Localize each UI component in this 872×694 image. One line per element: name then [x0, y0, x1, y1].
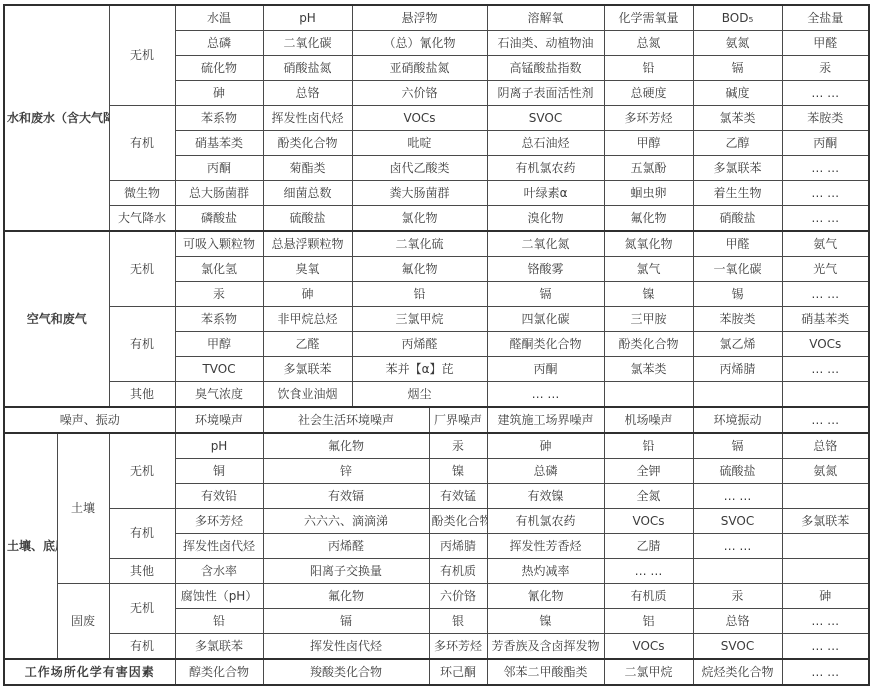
param-cell: 溶解氧: [487, 5, 604, 31]
param-cell: 全钾: [604, 459, 693, 484]
param-cell: 三甲胺: [604, 307, 693, 332]
param-cell: [693, 559, 782, 584]
param-cell: 砷: [263, 282, 352, 307]
param-cell: 六价铬: [352, 81, 487, 106]
param-cell: 羧酸类化合物: [263, 659, 429, 685]
param-cell: 汞: [782, 56, 869, 81]
param-cell: 蛔虫卵: [604, 181, 693, 206]
param-cell: 氮氧化物: [604, 231, 693, 257]
group-label: 其他: [109, 559, 175, 584]
param-cell: 厂界噪声: [429, 407, 487, 433]
param-cell: 总氮: [604, 31, 693, 56]
param-cell: … …: [782, 156, 869, 181]
param-cell: 苯系物: [175, 106, 263, 131]
param-cell: 烟尘: [352, 382, 487, 408]
param-cell: 锌: [263, 459, 429, 484]
param-cell: 芳香族及含卤挥发物: [487, 634, 604, 660]
param-cell: … …: [782, 634, 869, 660]
param-cell: 硫酸盐: [693, 459, 782, 484]
group-label: 有机: [109, 634, 175, 660]
param-cell: 总铬: [693, 609, 782, 634]
param-cell: 氯气: [604, 257, 693, 282]
table-body: 水和废水（含大气降水）无机水温pH悬浮物溶解氧化学需氧量BOD₅全盐量总磷二氧化…: [4, 5, 869, 685]
param-cell: 六六六、滴滴涕: [263, 509, 429, 534]
param-cell: 总铬: [263, 81, 352, 106]
subsection-label: 固废: [57, 584, 109, 660]
category-workplace: 工作场所化学有害因素: [4, 659, 175, 685]
param-cell: 热灼减率: [487, 559, 604, 584]
param-cell: 镉: [487, 282, 604, 307]
param-cell: 四氯化碳: [487, 307, 604, 332]
param-cell: 氨氮: [782, 459, 869, 484]
table-row: 土壤、底质、固废土壤无机pH氟化物汞砷铅镉总铬: [4, 433, 869, 459]
page: 水和废水（含大气降水）无机水温pH悬浮物溶解氧化学需氧量BOD₅全盐量总磷二氧化…: [0, 0, 872, 694]
param-cell: pH: [175, 433, 263, 459]
param-cell: 氨氮: [693, 31, 782, 56]
param-cell: 氯苯类: [604, 357, 693, 382]
table-row: 固废无机腐蚀性（pH）氟化物六价铬氰化物有机质汞砷: [4, 584, 869, 609]
group-label: 大气降水: [109, 206, 175, 232]
param-cell: 硝基苯类: [175, 131, 263, 156]
param-cell: 铅: [604, 56, 693, 81]
param-cell: 总铬: [782, 433, 869, 459]
param-cell: SVOC: [693, 509, 782, 534]
param-cell: 挥发性芳香烃: [487, 534, 604, 559]
param-cell: 机场噪声: [604, 407, 693, 433]
param-cell: [693, 382, 782, 408]
param-cell: 总大肠菌群: [175, 181, 263, 206]
param-cell: … …: [782, 357, 869, 382]
param-cell: [782, 382, 869, 408]
param-cell: 镍: [604, 282, 693, 307]
param-cell: 一氧化碳: [693, 257, 782, 282]
param-cell: … …: [487, 382, 604, 408]
param-cell: 亚硝酸盐氮: [352, 56, 487, 81]
param-cell: 硫化物: [175, 56, 263, 81]
param-cell: 苯胺类: [782, 106, 869, 131]
param-cell: 饮食业油烟: [263, 382, 352, 408]
param-cell: 丙酮: [782, 131, 869, 156]
param-cell: 全氮: [604, 484, 693, 509]
param-cell: 丙酮: [175, 156, 263, 181]
param-cell: 有机氯农药: [487, 156, 604, 181]
param-cell: [604, 382, 693, 408]
param-cell: 氰化物: [487, 584, 604, 609]
table-row: 有机多环芳烃六六六、滴滴涕酚类化合物有机氯农药VOCsSVOC多氯联苯: [4, 509, 869, 534]
param-cell: 挥发性卤代烃: [175, 534, 263, 559]
param-cell: 甲醇: [175, 332, 263, 357]
param-cell: （总）氰化物: [352, 31, 487, 56]
param-cell: VOCs: [352, 106, 487, 131]
monitoring-parameter-table: 水和废水（含大气降水）无机水温pH悬浮物溶解氧化学需氧量BOD₅全盐量总磷二氧化…: [3, 4, 870, 686]
param-cell: 氯乙烯: [693, 332, 782, 357]
param-cell: 石油类、动植物油: [487, 31, 604, 56]
param-cell: … …: [782, 609, 869, 634]
param-cell: 硝酸盐: [693, 206, 782, 232]
param-cell: 硝酸盐氮: [263, 56, 352, 81]
param-cell: 镉: [693, 433, 782, 459]
category-air: 空气和废气: [4, 231, 109, 407]
param-cell: 多氯联苯: [782, 509, 869, 534]
param-cell: 有效镍: [487, 484, 604, 509]
param-cell: 阳离子交换量: [263, 559, 429, 584]
param-cell: … …: [693, 534, 782, 559]
param-cell: … …: [782, 206, 869, 232]
param-cell: 有机质: [429, 559, 487, 584]
param-cell: 丙烯醛: [352, 332, 487, 357]
param-cell: … …: [782, 181, 869, 206]
param-cell: 六价铬: [429, 584, 487, 609]
param-cell: 氯化氢: [175, 257, 263, 282]
param-cell: 二氯甲烷: [604, 659, 693, 685]
param-cell: 卤代乙酸类: [352, 156, 487, 181]
param-cell: 菊酯类: [263, 156, 352, 181]
group-label: 无机: [109, 231, 175, 307]
param-cell: 化学需氧量: [604, 5, 693, 31]
table-row: 空气和废气无机可吸入颗粒物总悬浮颗粒物二氧化硫二氧化氮氮氧化物甲醛氨气: [4, 231, 869, 257]
param-cell: 非甲烷总烃: [263, 307, 352, 332]
param-cell: 多氯联苯: [263, 357, 352, 382]
table-row: 其他臭气浓度饮食业油烟烟尘… …: [4, 382, 869, 408]
param-cell: … …: [782, 81, 869, 106]
param-cell: 臭气浓度: [175, 382, 263, 408]
param-cell: 多氯联苯: [175, 634, 263, 660]
param-cell: 酚类化合物: [263, 131, 352, 156]
param-cell: 溴化物: [487, 206, 604, 232]
group-label: 其他: [109, 382, 175, 408]
param-cell: 社会生活环境噪声: [263, 407, 429, 433]
param-cell: 丙酮: [487, 357, 604, 382]
param-cell: 磷酸盐: [175, 206, 263, 232]
group-label: 微生物: [109, 181, 175, 206]
param-cell: 悬浮物: [352, 5, 487, 31]
param-cell: 总石油烃: [487, 131, 604, 156]
param-cell: 挥发性卤代烃: [263, 634, 429, 660]
param-cell: 氟化物: [604, 206, 693, 232]
param-cell: 镍: [429, 459, 487, 484]
param-cell: 二氧化硫: [352, 231, 487, 257]
param-cell: 银: [429, 609, 487, 634]
param-cell: 氯化物: [352, 206, 487, 232]
param-cell: 乙醛: [263, 332, 352, 357]
group-label: 有机: [109, 106, 175, 181]
param-cell: 碱度: [693, 81, 782, 106]
param-cell: 阴离子表面活性剂: [487, 81, 604, 106]
param-cell: 多环芳烃: [175, 509, 263, 534]
param-cell: 三氯甲烷: [352, 307, 487, 332]
param-cell: … …: [782, 659, 869, 685]
param-cell: … …: [782, 282, 869, 307]
param-cell: 汞: [175, 282, 263, 307]
param-cell: 砷: [175, 81, 263, 106]
param-cell: 可吸入颗粒物: [175, 231, 263, 257]
param-cell: 烷烃类化合物: [693, 659, 782, 685]
param-cell: 甲醛: [782, 31, 869, 56]
subsection-label: 土壤: [57, 433, 109, 584]
param-cell: 丙烯腈: [693, 357, 782, 382]
param-cell: 有效镉: [263, 484, 429, 509]
group-label: 无机: [109, 433, 175, 509]
table-row: 水和废水（含大气降水）无机水温pH悬浮物溶解氧化学需氧量BOD₅全盐量: [4, 5, 869, 31]
table-row: 微生物总大肠菌群细菌总数粪大肠菌群叶绿素α蛔虫卵着生生物… …: [4, 181, 869, 206]
param-cell: 多环芳烃: [429, 634, 487, 660]
param-cell: 环境噪声: [175, 407, 263, 433]
category-noise: 噪声、振动: [4, 407, 175, 433]
param-cell: [782, 534, 869, 559]
param-cell: 水温: [175, 5, 263, 31]
param-cell: 粪大肠菌群: [352, 181, 487, 206]
param-cell: 镉: [263, 609, 429, 634]
param-cell: 多环芳烃: [604, 106, 693, 131]
param-cell: 酚类化合物: [429, 509, 487, 534]
param-cell: 氟化物: [263, 433, 429, 459]
param-cell: 建筑施工场界噪声: [487, 407, 604, 433]
param-cell: … …: [693, 484, 782, 509]
category-soil: 土壤、底质、固废: [4, 433, 57, 659]
param-cell: pH: [263, 5, 352, 31]
group-label: 有机: [109, 307, 175, 382]
group-label: 有机: [109, 509, 175, 559]
param-cell: SVOC: [487, 106, 604, 131]
param-cell: 汞: [429, 433, 487, 459]
table-row: 噪声、振动环境噪声社会生活环境噪声厂界噪声建筑施工场界噪声机场噪声环境振动… …: [4, 407, 869, 433]
param-cell: 镍: [487, 609, 604, 634]
table-row: 有机多氯联苯挥发性卤代烃多环芳烃芳香族及含卤挥发物VOCsSVOC… …: [4, 634, 869, 660]
param-cell: 铅: [352, 282, 487, 307]
group-label: 无机: [109, 584, 175, 634]
param-cell: 丙烯醛: [263, 534, 429, 559]
table-row: 其他含水率阳离子交换量有机质热灼减率… …: [4, 559, 869, 584]
table-row: 有机苯系物挥发性卤代烃VOCsSVOC多环芳烃氯苯类苯胺类: [4, 106, 869, 131]
param-cell: 镉: [693, 56, 782, 81]
param-cell: 总磷: [487, 459, 604, 484]
param-cell: BOD₅: [693, 5, 782, 31]
param-cell: 砷: [782, 584, 869, 609]
table-row: 工作场所化学有害因素醇类化合物羧酸类化合物环己酮邻苯二甲酸酯类二氯甲烷烷烃类化合…: [4, 659, 869, 685]
param-cell: 叶绿素α: [487, 181, 604, 206]
param-cell: VOCs: [604, 634, 693, 660]
table-row: 有机苯系物非甲烷总烃三氯甲烷四氯化碳三甲胺苯胺类硝基苯类: [4, 307, 869, 332]
param-cell: 环己酮: [429, 659, 487, 685]
param-cell: [782, 559, 869, 584]
param-cell: 砷: [487, 433, 604, 459]
param-cell: TVOC: [175, 357, 263, 382]
table-row: 大气降水磷酸盐硫酸盐氯化物溴化物氟化物硝酸盐… …: [4, 206, 869, 232]
param-cell: 铅: [604, 433, 693, 459]
param-cell: 挥发性卤代烃: [263, 106, 352, 131]
param-cell: 环境振动: [693, 407, 782, 433]
param-cell: … …: [604, 559, 693, 584]
param-cell: 氟化物: [352, 257, 487, 282]
param-cell: 光气: [782, 257, 869, 282]
param-cell: VOCs: [604, 509, 693, 534]
param-cell: SVOC: [693, 634, 782, 660]
param-cell: 五氯酚: [604, 156, 693, 181]
param-cell: 乙腈: [604, 534, 693, 559]
param-cell: 丙烯腈: [429, 534, 487, 559]
param-cell: 硫酸盐: [263, 206, 352, 232]
param-cell: 甲醇: [604, 131, 693, 156]
param-cell: 有效铅: [175, 484, 263, 509]
group-label: 无机: [109, 5, 175, 106]
param-cell: 酚类化合物: [604, 332, 693, 357]
param-cell: 全盐量: [782, 5, 869, 31]
param-cell: 邻苯二甲酸酯类: [487, 659, 604, 685]
param-cell: … …: [782, 407, 869, 433]
param-cell: 二氧化氮: [487, 231, 604, 257]
param-cell: 腐蚀性（pH）: [175, 584, 263, 609]
param-cell: 高锰酸盐指数: [487, 56, 604, 81]
param-cell: [782, 484, 869, 509]
category-water: 水和废水（含大气降水）: [4, 5, 109, 231]
param-cell: 有机质: [604, 584, 693, 609]
param-cell: 醛酮类化合物: [487, 332, 604, 357]
param-cell: 苯系物: [175, 307, 263, 332]
param-cell: 甲醛: [693, 231, 782, 257]
param-cell: 苯胺类: [693, 307, 782, 332]
param-cell: 醇类化合物: [175, 659, 263, 685]
param-cell: 有效锰: [429, 484, 487, 509]
param-cell: 总磷: [175, 31, 263, 56]
param-cell: 氯苯类: [693, 106, 782, 131]
param-cell: 臭氧: [263, 257, 352, 282]
param-cell: 氟化物: [263, 584, 429, 609]
param-cell: 锡: [693, 282, 782, 307]
param-cell: 铜: [175, 459, 263, 484]
param-cell: 总硬度: [604, 81, 693, 106]
param-cell: 铬酸雾: [487, 257, 604, 282]
param-cell: 苯并【α】芘: [352, 357, 487, 382]
param-cell: 汞: [693, 584, 782, 609]
param-cell: 总悬浮颗粒物: [263, 231, 352, 257]
param-cell: 氨气: [782, 231, 869, 257]
param-cell: VOCs: [782, 332, 869, 357]
param-cell: 吡啶: [352, 131, 487, 156]
param-cell: 铝: [604, 609, 693, 634]
param-cell: 多氯联苯: [693, 156, 782, 181]
param-cell: 铅: [175, 609, 263, 634]
param-cell: 二氧化碳: [263, 31, 352, 56]
param-cell: 着生生物: [693, 181, 782, 206]
param-cell: 乙醇: [693, 131, 782, 156]
param-cell: 含水率: [175, 559, 263, 584]
param-cell: 硝基苯类: [782, 307, 869, 332]
param-cell: 细菌总数: [263, 181, 352, 206]
param-cell: 有机氯农药: [487, 509, 604, 534]
